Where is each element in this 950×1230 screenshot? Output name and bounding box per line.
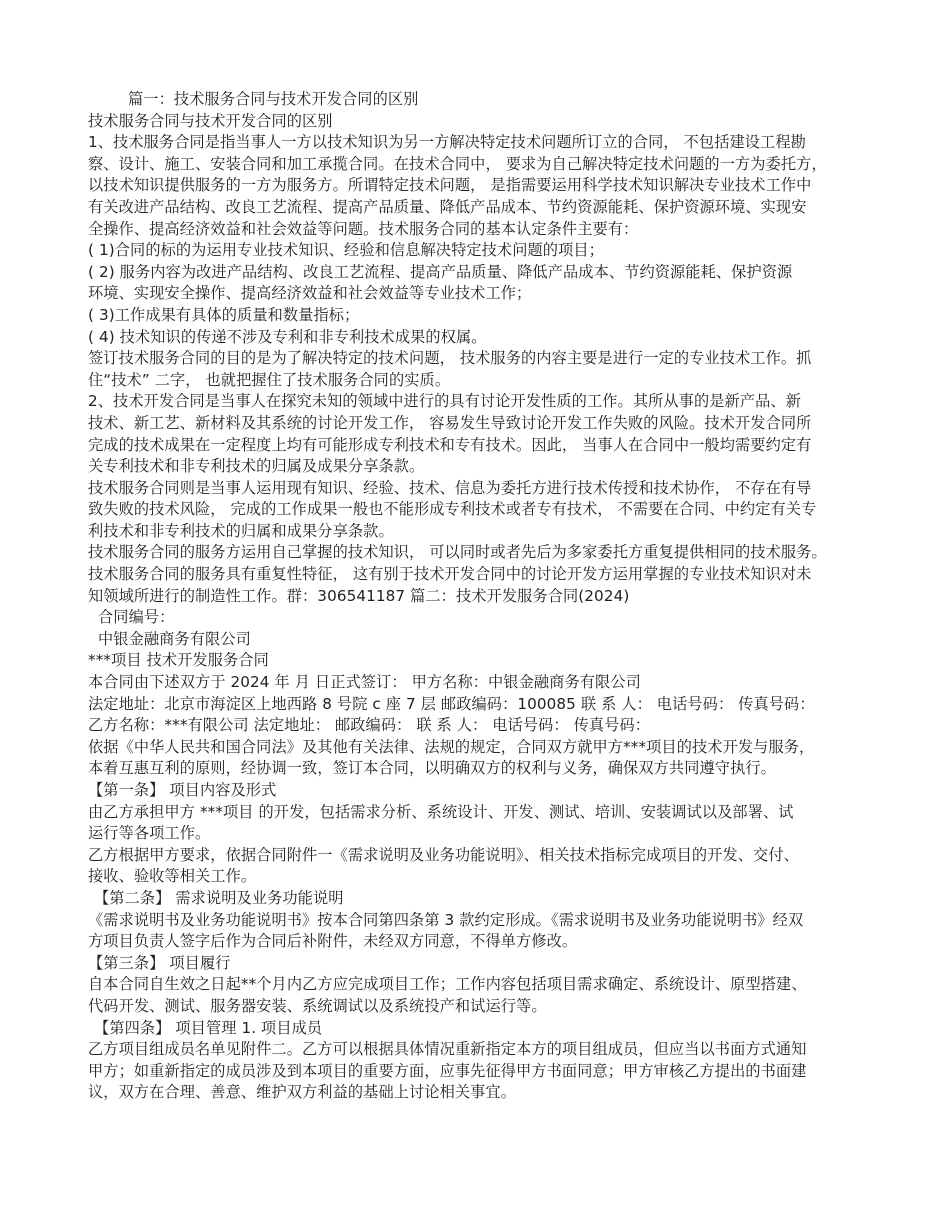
list-item: ( 1)合同的标的为运用专业技术知识、经验和信息解决特定技术问题的项目；: [88, 240, 878, 262]
paragraph-line: 由乙方承担甲方 ***项目 的开发，包括需求分析、系统设计、开发、测试、培训、安…: [88, 802, 878, 824]
paragraph-line: 察、设计、施工、安装合同和加工承揽合同。在技术合同中， 要求为自己解决特定技术问…: [88, 154, 878, 176]
paragraph-line: 议，双方在合理、善意、维护双方利益的基础上讨论相关事宜。: [88, 1082, 878, 1104]
article-heading: 【第四条】 项目管理 1. 项目成员: [88, 1018, 878, 1040]
article-heading: 【第二条】 需求说明及业务功能说明: [88, 888, 878, 910]
paragraph-line: 自本合同自生效之日起**个月内乙方应完成项目工作；工作内容包括项目需求确定、系统…: [88, 974, 878, 996]
company-name: 中银金融商务有限公司: [88, 629, 878, 651]
paragraph-line: 全操作、提高经济效益和社会效益等问题。技术服务合同的基本认定条件主要有：: [88, 219, 878, 241]
list-item-continued: 环境、实现安全操作、提高经济效益和社会效益等专业技术工作；: [88, 283, 878, 305]
list-item: ( 3)工作成果有具体的质量和数量指标；: [88, 305, 878, 327]
paragraph-line: 技术服务合同的服务方运用自己掌握的技术知识， 可以同时或者先后为多家委托方重复提…: [88, 542, 878, 564]
paragraph-line: 签订技术服务合同的目的是为了解决特定的技术问题， 技术服务的内容主要是进行一定的…: [88, 348, 878, 370]
contract-title: ***项目 技术开发服务合同: [88, 650, 878, 672]
document-body: 篇一：技术服务合同与技术开发合同的区别 技术服务合同与技术开发合同的区别 1、技…: [88, 89, 878, 1104]
paragraph-line: 甲方；如重新指定的成员涉及到本项目的重要方面，应事先征得甲方书面同意；甲方审核乙…: [88, 1061, 878, 1083]
paragraph-line: 利技术和非专利技术的归属和成果分享条款。: [88, 521, 878, 543]
contract-number-label: 合同编号：: [88, 607, 878, 629]
paragraph-line: 1、技术服务合同是指当事人一方以技术知识为另一方解决特定技术问题所订立的合同， …: [88, 132, 878, 154]
party-b-details: 乙方名称：***有限公司 法定地址： 邮政编码： 联 系 人： 电话号码： 传真…: [88, 715, 878, 737]
paragraph-line: 住“技术” 二字， 也就把握住了技术服务合同的实质。: [88, 370, 878, 392]
paragraph-line: 依据《中华人民共和国合同法》及其他有关法律、法规的规定，合同双方就甲方***项目…: [88, 737, 878, 759]
article-heading: 【第三条】 项目履行: [88, 953, 878, 975]
paragraph-line: 《需求说明书及业务功能说明书》按本合同第四条第 3 款约定形成。《需求说明书及业…: [88, 910, 878, 932]
paragraph-line: 代码开发、测试、服务器安装、系统调试以及系统投产和试运行等。: [88, 996, 878, 1018]
section-heading-part-one: 篇一：技术服务合同与技术开发合同的区别: [88, 89, 878, 111]
paragraph-line: 有关改进产品结构、改良工艺流程、提高产品质量、降低产品成本、节约资源能耗、保护资…: [88, 197, 878, 219]
paragraph-line: 乙方根据甲方要求，依据合同附件一《需求说明及业务功能说明》、相关技术指标完成项目…: [88, 845, 878, 867]
article-heading: 【第一条】 项目内容及形式: [88, 780, 878, 802]
paragraph-line: 2、技术开发合同是当事人在探究未知的领域中进行的具有讨论开发性质的工作。其所从事…: [88, 391, 878, 413]
paragraph-line: 致失败的技术风险， 完成的工作成果一般也不能形成专利技术或者专有技术， 不需要在…: [88, 499, 878, 521]
party-a-details: 法定地址：北京市海淀区上地西路 8 号院 c 座 7 层 邮政编码：100085…: [88, 694, 878, 716]
paragraph-line: 关专利技术和非专利技术的归属及成果分享条款。: [88, 456, 878, 478]
list-item: ( 2) 服务内容为改进产品结构、改良工艺流程、提高产品质量、降低产品成本、节约…: [88, 262, 878, 284]
list-item: ( 4) 技术知识的传递不涉及专利和非专利技术成果的权属。: [88, 327, 878, 349]
paragraph-line: 运行等各项工作。: [88, 823, 878, 845]
paragraph-line: 技术、新工艺、新材料及其系统的讨论开发工作， 容易发生导致讨论开发工作失败的风险…: [88, 413, 878, 435]
paragraph-line: 乙方项目组成员名单见附件二。乙方可以根据具体情况重新指定本方的项目组成员，但应当…: [88, 1039, 878, 1061]
subheading: 技术服务合同与技术开发合同的区别: [88, 111, 878, 133]
paragraph-line: 技术服务合同则是当事人运用现有知识、经验、技术、信息为委托方进行技术传授和技术协…: [88, 478, 878, 500]
paragraph-line: 本着互惠互利的原则，经协调一致，签订本合同，以明确双方的权利与义务，确保双方共同…: [88, 758, 878, 780]
paragraph-line: 完成的技术成果在一定程度上均有可能形成专利技术和专有技术。因此， 当事人在合同中…: [88, 435, 878, 457]
paragraph-line: 知领域所进行的制造性工作。群：306541187 篇二：技术开发服务合同(202…: [88, 586, 878, 608]
paragraph-line: 技术服务合同的服务具有重复性特征， 这有别于技术开发合同中的讨论开发方运用掌握的…: [88, 564, 878, 586]
paragraph-line: 方项目负责人签字后作为合同后补附件，未经双方同意，不得单方修改。: [88, 931, 878, 953]
paragraph-line: 以技术知识提供服务的一方为服务方。所谓特定技术问题， 是指需要运用科学技术知识解…: [88, 175, 878, 197]
signing-info: 本合同由下述双方于 2024 年 月 日正式签订： 甲方名称：中银金融商务有限公…: [88, 672, 878, 694]
paragraph-line: 接收、验收等相关工作。: [88, 866, 878, 888]
